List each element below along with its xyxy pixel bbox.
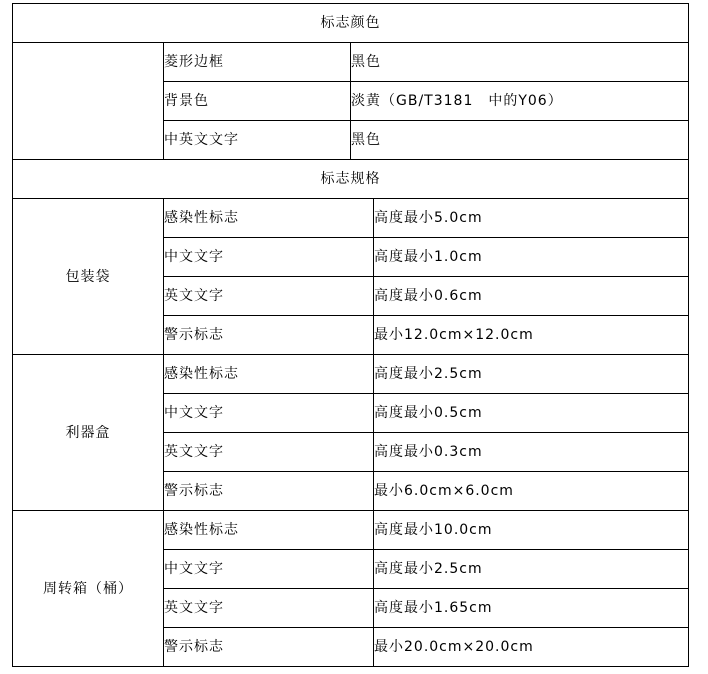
row-label-cell: 英文文字: [164, 277, 374, 316]
section-header-color: 标志颜色: [13, 4, 689, 43]
row-label-cell: 中文文字: [164, 550, 374, 589]
row-label-cell: 警示标志: [164, 628, 374, 667]
row-value-cell: 高度最小2.5cm: [374, 355, 689, 394]
table-row: 标志规格: [13, 160, 689, 199]
row-value-cell: 高度最小0.3cm: [374, 433, 689, 472]
table-row: 周转箱（桶） 感染性标志 高度最小10.0cm: [13, 511, 689, 550]
row-value-cell: 淡黄（GB/T3181 中的Y06）: [351, 82, 689, 121]
row-value-cell: 高度最小5.0cm: [374, 199, 689, 238]
row-value-cell: 高度最小1.65cm: [374, 589, 689, 628]
table-row: 菱形边框 黑色: [13, 43, 689, 82]
group-label-cell: 包装袋: [13, 199, 164, 355]
section-header-spec: 标志规格: [13, 160, 689, 199]
row-label-cell: 感染性标志: [164, 355, 374, 394]
row-label-cell: 英文文字: [164, 589, 374, 628]
table-row: 利器盒 感染性标志 高度最小2.5cm: [13, 355, 689, 394]
label-spec-table: 标志颜色 菱形边框 黑色 背景色 淡黄（GB/T3181 中的Y06） 中英文文…: [12, 3, 689, 667]
row-label-cell: 警示标志: [164, 316, 374, 355]
row-value-cell: 高度最小2.5cm: [374, 550, 689, 589]
row-label-cell: 中文文字: [164, 394, 374, 433]
row-label-cell: 感染性标志: [164, 511, 374, 550]
row-label-cell: 感染性标志: [164, 199, 374, 238]
row-value-cell: 高度最小10.0cm: [374, 511, 689, 550]
group-label-cell: 利器盒: [13, 355, 164, 511]
row-value-cell: 黑色: [351, 43, 689, 82]
row-label-cell: 中文文字: [164, 238, 374, 277]
row-value-cell: 最小12.0cm×12.0cm: [374, 316, 689, 355]
row-value-cell: 黑色: [351, 121, 689, 160]
row-value-cell: 最小20.0cm×20.0cm: [374, 628, 689, 667]
row-value-cell: 高度最小1.0cm: [374, 238, 689, 277]
row-value-cell: 最小6.0cm×6.0cm: [374, 472, 689, 511]
table-row: 包装袋 感染性标志 高度最小5.0cm: [13, 199, 689, 238]
row-label-cell: 警示标志: [164, 472, 374, 511]
row-value-cell: 高度最小0.5cm: [374, 394, 689, 433]
group-label-cell-empty: [13, 43, 164, 160]
group-label-cell: 周转箱（桶）: [13, 511, 164, 667]
row-label-cell: 中英文文字: [164, 121, 351, 160]
row-label-cell: 菱形边框: [164, 43, 351, 82]
row-label-cell: 背景色: [164, 82, 351, 121]
table-row: 标志颜色: [13, 4, 689, 43]
row-value-cell: 高度最小0.6cm: [374, 277, 689, 316]
row-label-cell: 英文文字: [164, 433, 374, 472]
document-page: 标志颜色 菱形边框 黑色 背景色 淡黄（GB/T3181 中的Y06） 中英文文…: [0, 0, 708, 674]
